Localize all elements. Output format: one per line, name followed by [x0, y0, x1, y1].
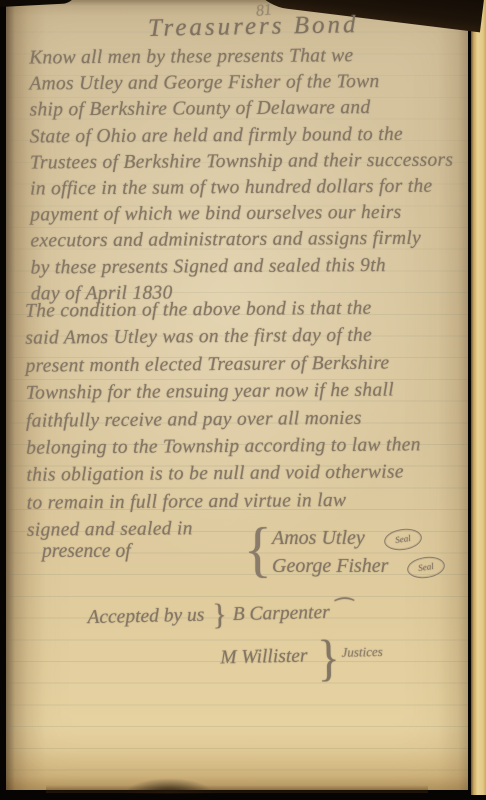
handwritten-line: this obligation is to be null and void o…: [26, 459, 421, 490]
handwritten-line: ship of Berkshire County of Delaware and: [29, 95, 453, 124]
ledger-book-photo: 81 Treasurers Bond Know all men by these…: [0, 0, 486, 800]
handwritten-line: Township for the ensuing year now if he …: [26, 376, 421, 407]
handwritten-line: State of Ohio are held and firmly bound …: [30, 121, 454, 150]
handwritten-line: Trustees of Berkshire Township and their…: [30, 147, 454, 176]
justice-name: B Carpenter: [233, 602, 330, 625]
justices-role-label: Justices: [341, 644, 382, 660]
justice-name: M Willister: [220, 645, 308, 668]
acceptance-brace: }: [212, 598, 227, 631]
handwritten-line: belonging to the Township according to l…: [26, 431, 421, 462]
document-title: Treasurers Bond: [148, 11, 359, 43]
handwritten-line: executors and administrators and assigns…: [30, 226, 454, 255]
handwritten-line: Know all men by these presents That we: [29, 43, 453, 72]
ledger-page: 81 Treasurers Bond Know all men by these…: [6, 0, 468, 790]
bond-body-paragraph: Know all men by these presents That weAm…: [29, 43, 454, 308]
handwritten-line: faithfully receive and pay over all moni…: [26, 404, 421, 435]
handwritten-line: by these presents Signed and sealed this…: [31, 252, 455, 281]
acceptance-prefix: Accepted by us: [87, 605, 204, 628]
seal-flourish: Seal: [406, 554, 447, 580]
handwritten-line: The condition of the above bond is that …: [25, 294, 420, 325]
witness-line: presence of: [42, 541, 131, 563]
handwritten-line: payment of which we bind ourselves our h…: [30, 200, 454, 229]
signature-row: George Fisher Seal: [258, 552, 445, 580]
signature-name: Amos Utley: [272, 527, 365, 549]
handwritten-line: to remain in full force and virtue in la…: [27, 486, 422, 517]
seal-flourish: Seal: [382, 526, 423, 552]
justices-brace: }: [317, 628, 340, 687]
pen-flourish: ⁀: [335, 598, 353, 623]
book-page-edge: [471, 0, 486, 795]
handwritten-line: said Amos Utley was on the first day of …: [25, 322, 420, 353]
signature-name: George Fisher: [272, 555, 388, 577]
bottom-edge-shadow: [46, 785, 428, 793]
handwritten-line: Amos Utley and George Fisher of the Town: [29, 69, 453, 98]
bond-condition-paragraph: The condition of the above bond is that …: [25, 294, 422, 544]
signature-brace: {: [244, 514, 272, 584]
signature-row: Amos Utley Seal: [258, 524, 445, 552]
acceptance-row: M Willister}Justices: [220, 630, 384, 686]
acceptance-block: Accepted by us}B Carpenter⁀ M Willister}…: [87, 595, 383, 689]
signature-block: { Amos Utley Seal George Fisher Seal: [258, 524, 445, 580]
handwritten-line: in office in the sum of two hundred doll…: [30, 174, 454, 203]
handwritten-line: present month elected Treasurer of Berks…: [25, 349, 420, 380]
